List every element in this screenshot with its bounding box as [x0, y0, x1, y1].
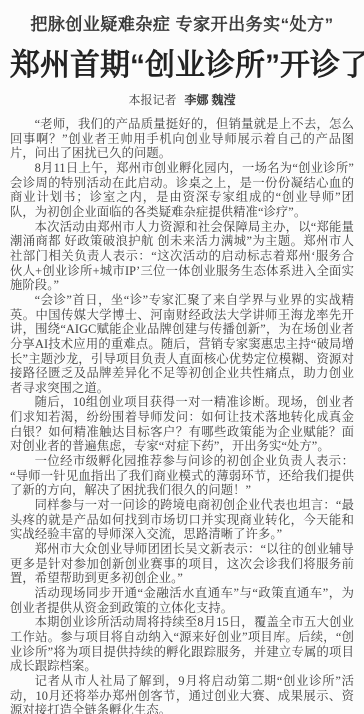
- article-paragraph: 记者从市人社局了解到，9月将启动第二期“创业诊所”活动，10月还将举办郑州创客节…: [10, 674, 354, 714]
- article-paragraph: 郑州市大众创业导师团团长吴文新表示：“以往的创业辅导更多是针对参加创新创业赛事的…: [10, 542, 354, 586]
- byline-names: 李娜 魏滢: [185, 93, 236, 107]
- article-headline: 郑州首期“创业诊所”开诊了: [10, 40, 354, 84]
- article-paragraph: 一位经市级孵化园推荐参与问诊的初创企业负责人表示：“导师一针见血指出了我们商业模…: [10, 454, 354, 498]
- article-paragraph: 随后，10组创业项目获得一对一精准诊断。现场，创业者们求知若渴，纷纷围着导师发问…: [10, 395, 354, 454]
- article-paragraph: 本次活动由郑州市人力资源和社会保障局主办，以“郑能量潮涌商都 好政策破浪护航 创…: [10, 220, 354, 293]
- article-paragraph: 本期创业诊所活动周将持续至8月15日，覆盖全市五大创业工作站。参与项目将自动纳入…: [10, 615, 354, 674]
- article-paragraph: 8月11日上午，郑州市创业孵化园内，一场名为“创业诊所”会诊周的特别活动在此启动…: [10, 161, 354, 220]
- article-paragraph: “会诊”首日，坐“诊”专家汇聚了来自学界与业界的实战精英。中国传媒大学博士、河南…: [10, 293, 354, 396]
- newspaper-article-page: 把脉创业疑难杂症 专家开出务实“处方” 郑州首期“创业诊所”开诊了 本报记者 李…: [0, 0, 364, 714]
- article-paragraph: 同样参与一对一问诊的跨境电商初创企业代表也坦言：“最头疼的就是产品如何找到市场切…: [10, 498, 354, 542]
- byline-prefix: 本报记者: [128, 93, 176, 107]
- article-paragraph: 活动现场同步开通“金融活水直通车”与“政策直通车”，为创业者提供从资金到政策的立…: [10, 586, 354, 615]
- article-byline: 本报记者 李娜 魏滢: [10, 91, 354, 108]
- article-body: “老师，我们的产品质量挺好的，但销量就是上不去，怎么回事啊？”创业者王帅用手机向…: [10, 117, 354, 714]
- article-kicker: 把脉创业疑难杂症 专家开出务实“处方”: [10, 10, 354, 35]
- article-paragraph: “老师，我们的产品质量挺好的，但销量就是上不去，怎么回事啊？”创业者王帅用手机向…: [10, 117, 354, 161]
